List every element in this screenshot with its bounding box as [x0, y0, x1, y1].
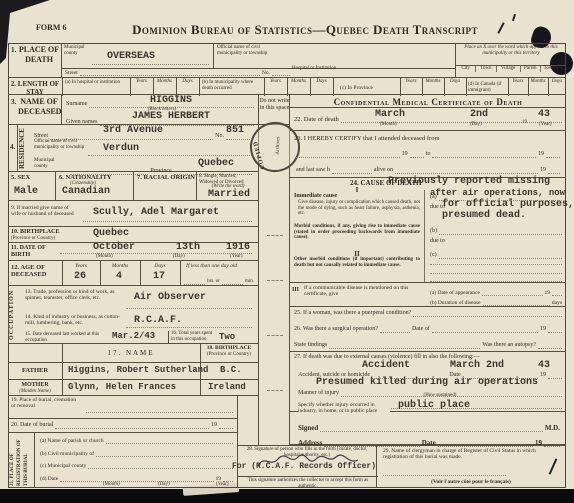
- field-label: No.: [262, 70, 270, 76]
- burial-date-row: 20. Date of burial 19: [8, 418, 237, 432]
- row-header-mother: MOTHER: [8, 382, 62, 389]
- divider: [383, 474, 506, 476]
- field-label: Municipal county: [34, 158, 68, 169]
- field-label: Hospital or Institution: [292, 66, 336, 71]
- page-title: Dominion Bureau of Statistics—Quebec Dea…: [70, 22, 540, 38]
- stamp-text: Archives: [276, 137, 282, 155]
- field-label: hrs. or: [207, 279, 220, 285]
- field-label: Official name of civil municipality or t…: [34, 139, 86, 150]
- age-row: 12. AGE OF DECEASED Years 26 Months 4 Da…: [8, 261, 258, 286]
- divider: [332, 172, 372, 174]
- field-label: Other morbid conditions (if important) c…: [294, 257, 420, 268]
- divider: [60, 480, 213, 482]
- typed-birth-month: October: [93, 242, 135, 253]
- divider: [482, 294, 543, 296]
- divider: [380, 331, 410, 333]
- field-label: Months: [153, 79, 176, 85]
- field-label: 19: [402, 151, 408, 158]
- field-label: (Month): [103, 482, 120, 488]
- typed-spouse-name: Scully, Adel Margaret: [93, 207, 219, 218]
- spouse-row: 9. If married give name of wife or husba…: [8, 201, 258, 227]
- burial-place-row: 19. Place of burial, cremation or remova…: [8, 395, 237, 418]
- field-label: 11. DATE OF BIRTH: [11, 245, 59, 258]
- divider: [430, 272, 562, 274]
- divider: [55, 172, 56, 201]
- field-label: (How sustained): [400, 393, 480, 399]
- field-label: NAME OF DECEASED: [18, 97, 60, 116]
- date-of-birth-row: 11. DATE OF BIRTH October 13th 1916 (Mon…: [8, 243, 258, 261]
- field-label: (a): [430, 194, 437, 201]
- field-label: Manner of injury: [298, 390, 339, 397]
- divider: [60, 252, 252, 254]
- typed-death-month: March: [375, 109, 405, 120]
- date-of-death-row: 22. Date of death March 2nd 43 (Month) (…: [290, 108, 566, 131]
- hospital-institution-label: Hospital or Institution: [292, 66, 342, 72]
- divider: [432, 331, 538, 333]
- divider: [222, 283, 243, 285]
- field-label: Give disease, injury or complication whi…: [298, 200, 420, 217]
- divider: [466, 78, 467, 96]
- divider: [413, 315, 562, 317]
- divider: [548, 331, 562, 333]
- divider: [290, 282, 566, 283]
- divider: [199, 78, 200, 96]
- municipal-county-cell: Municipal county OVERSEAS: [62, 43, 213, 68]
- typed-birth-year: 1916: [226, 242, 250, 253]
- typed-province: Quebec: [198, 158, 234, 169]
- divider: [88, 467, 233, 469]
- typed-cause-4: presumed dead.: [442, 210, 526, 221]
- divider: [184, 283, 205, 285]
- parents-table: 17. NAME 18. BIRTHPLACE (Province or Cou…: [8, 343, 258, 395]
- divider: [55, 427, 209, 429]
- typed-street-no: 851: [226, 125, 244, 136]
- field-label: 19: [545, 290, 551, 296]
- typed-industry: R.C.A.F.: [134, 315, 182, 326]
- field-label: (Year): [230, 254, 243, 260]
- field-label: Days: [444, 79, 466, 85]
- field-label: (a) Date of appearance: [430, 290, 480, 296]
- divider: [320, 430, 543, 432]
- field-label: (c) Municipal county: [40, 463, 86, 469]
- burial-registration-block: 21. PLACE OF REGISTRATION OF THIS BURIAL…: [8, 432, 237, 488]
- field-label: (Day): [470, 122, 482, 128]
- typed-death-year: 43: [538, 109, 550, 120]
- field-label: 22. Date of death: [294, 116, 339, 123]
- signature-note: This signature authorizes the collector …: [242, 478, 374, 489]
- typed-mother-name: Glynn, Helen Frances: [68, 382, 176, 392]
- clergyman-box: 29. Name of clergyman in charge of Regis…: [377, 445, 566, 488]
- field-label: to: [426, 151, 431, 158]
- field-no: 3.: [11, 98, 16, 106]
- occupation-side-label: OCCUPATION: [8, 286, 22, 343]
- row-header-father: FATHER: [8, 367, 62, 374]
- field-label: 13. Trade, profession or kind of work, a…: [25, 289, 125, 301]
- typed-age-months: 4: [116, 271, 122, 282]
- divider: [96, 455, 233, 457]
- divider: [439, 199, 562, 201]
- death-transcript-scan: FORM 6 Dominion Bureau of Statistics—Que…: [0, 0, 574, 503]
- occupation-13: 13. Trade, profession or kind of work, a…: [22, 286, 258, 313]
- occupation-14: 14. Kind of industry or business, as cot…: [22, 313, 258, 331]
- typed-municipality: Verdun: [103, 143, 139, 154]
- divider: [62, 78, 63, 96]
- form-number: FORM 6: [36, 23, 66, 33]
- official-name-cell: Official name of civil municipality or t…: [213, 43, 455, 68]
- field-label: alive on: [374, 167, 393, 174]
- divider: [410, 156, 424, 158]
- field-label: 10. BIRTHPLACE: [11, 229, 59, 236]
- divider: [552, 294, 562, 296]
- divider: [329, 347, 480, 349]
- divider: [83, 220, 252, 222]
- street-row: Street No.: [62, 68, 292, 77]
- typed-father-birthplace: B.C.: [220, 365, 242, 375]
- field-label: (Month): [96, 254, 113, 260]
- field-label: RESIDENCE: [17, 125, 30, 172]
- field-label: 16. Total years spent in this occupation: [171, 331, 215, 342]
- word-option: Parish: [520, 66, 540, 72]
- field-label: If less than one day old: [186, 263, 258, 269]
- field-label: (Day): [173, 254, 185, 260]
- field-label: PLACE OF DEATH: [18, 45, 60, 64]
- divider: [126, 307, 252, 309]
- divider: [86, 411, 233, 413]
- field-label: Years: [508, 79, 528, 85]
- typed-records-officer: For (R.C.A.F. Records Officer): [232, 462, 376, 471]
- divider: [548, 377, 562, 379]
- field-label: M.D.: [545, 424, 560, 432]
- typed-street: 3rd Avenue: [103, 125, 163, 136]
- field-label: 15. Date deceased last worked at this oc…: [25, 332, 107, 343]
- field-label: Morbid conditions, if any, giving rise t…: [294, 224, 420, 241]
- pen-mark-top2: [512, 14, 516, 21]
- field-label: (a) Name of parish or church: [40, 438, 104, 444]
- typed-occupation: Air Observer: [134, 292, 206, 303]
- field-label: 19: [522, 120, 527, 126]
- divider: [226, 138, 252, 140]
- divider: [424, 190, 425, 282]
- certify-row: 23. I HEREBY CERTIFY that I attended dec…: [290, 131, 566, 178]
- column-header: 17. NAME: [62, 349, 200, 357]
- field-label: 19: [540, 372, 546, 379]
- divider: [538, 347, 562, 349]
- divider: [8, 379, 258, 380]
- divider: [196, 172, 197, 201]
- do-not-write-label: Do not write in this space: [259, 95, 290, 125]
- typed-accident: Accident: [362, 360, 410, 371]
- field-label: 19: [540, 167, 546, 174]
- field-place-of-death: 1. PLACE OF DEATH: [8, 43, 62, 77]
- field-label: Signed: [298, 424, 318, 432]
- divider: [430, 263, 562, 265]
- field-label: (Year): [216, 482, 229, 488]
- typed-age-years: 26: [74, 271, 86, 282]
- divider: [92, 63, 209, 65]
- typed-injury-place: public place: [398, 400, 470, 411]
- divider: [395, 172, 538, 174]
- place-x-cell: Place an X over the word which applies t…: [455, 43, 566, 77]
- field-label: Years: [62, 263, 100, 269]
- word-option: City: [456, 66, 475, 72]
- place-x-note: Place an X over the word which applies t…: [458, 45, 564, 56]
- sex-nationality-row: 5. SEX Male 6. NATIONALITY (Citizenship)…: [8, 172, 258, 201]
- column-header: (Province or Country): [200, 352, 258, 358]
- field-label: Years: [400, 79, 422, 85]
- word-option: Township: [540, 66, 566, 72]
- field-label: Street: [65, 70, 78, 76]
- typed-manner-of-injury: Presumed killed during air operations: [316, 377, 538, 388]
- field-label: (c): [430, 252, 437, 259]
- field-label: Was there an autopsy?: [482, 342, 536, 349]
- word-option: Town: [475, 66, 495, 72]
- field-label: Months: [528, 79, 548, 85]
- field-label: Official name of civil municipality or t…: [217, 45, 271, 56]
- field-label: (d) In Canada (if immigrant): [468, 82, 508, 93]
- typed-marital-status: Married: [208, 189, 250, 200]
- field-label: 20. Date of burial: [11, 422, 53, 429]
- side-label: THIS BURIAL: [24, 434, 30, 486]
- divider: [548, 172, 560, 174]
- divider: [219, 427, 233, 429]
- length-of-stay-row: 2. LENGTH OF STAY (a) In hospital or ins…: [8, 77, 566, 95]
- field-label: 2. LENGTH OF STAY: [8, 80, 62, 96]
- field-label: Municipal county: [64, 45, 90, 56]
- typed-accident-year: 43: [538, 360, 550, 371]
- typed-last-worked: Mar.2/43: [112, 331, 155, 341]
- divider: [341, 121, 562, 123]
- divider: [238, 476, 378, 477]
- divider: [439, 233, 562, 235]
- field-label: 9. If married give name of wife or husba…: [11, 205, 79, 217]
- divider: [272, 74, 290, 76]
- typed-birthplace: Quebec: [93, 228, 129, 239]
- column-header: 18. BIRTHPLACE: [200, 345, 258, 351]
- divider: [133, 172, 134, 201]
- typed-surname: HIGGINS: [150, 95, 192, 106]
- field-label: 12. AGE OF DECEASED: [11, 264, 57, 279]
- field-label: III: [292, 287, 299, 294]
- divider: [106, 442, 233, 444]
- typed-father-name: Higgins, Robert Sutherland: [68, 365, 208, 375]
- field-label: due to: [430, 204, 445, 211]
- typed-sex: Male: [14, 186, 38, 197]
- specify-signed-address: Specify whether injury occurred in indus…: [290, 412, 566, 445]
- typed-years-occupation: Two: [219, 332, 235, 342]
- field-label: (Month): [380, 122, 397, 128]
- field-label: 19: [540, 326, 546, 333]
- field-label: Months: [422, 79, 444, 85]
- field-label: Days: [176, 79, 199, 85]
- typed-age-days: 17: [153, 271, 165, 282]
- divider: [8, 362, 258, 363]
- typed-birth-day: 13th: [176, 242, 200, 253]
- field-label: 14. Kind of industry or business, as cot…: [25, 314, 125, 326]
- side-label: 21. PLACE OF: [10, 434, 16, 486]
- field-label: 5. SEX: [11, 174, 30, 181]
- field-label: min.: [245, 279, 254, 285]
- signature-box: 28. Signature of person who fills in the…: [237, 445, 377, 488]
- divider: [180, 261, 181, 286]
- field-label: 25. If a woman, was there a puerperal co…: [294, 310, 411, 317]
- typed-nationality: Canadian: [62, 186, 110, 197]
- field-no: 4.: [10, 143, 15, 151]
- field-label: (a) In hospital or institution: [65, 80, 123, 86]
- french-note: (Voir l'autre côté pour le français): [383, 479, 559, 485]
- field-label: Days: [310, 79, 333, 85]
- field-label: 19. Place of burial, cremation or remova…: [11, 397, 81, 409]
- field-label: Years: [264, 79, 287, 85]
- field-label: (Province or Country): [11, 236, 55, 242]
- field-label: Months: [287, 79, 310, 85]
- typed-mother-birthplace: Ireland: [208, 382, 246, 392]
- field-label: 29. Name of clergyman in charge of Regis…: [383, 448, 559, 460]
- field-label: (b) In municipality where death occurred: [202, 80, 262, 91]
- field-label: Years: [130, 79, 153, 85]
- field-label: Months: [100, 263, 140, 269]
- divider: [88, 154, 252, 156]
- field-residence: 4. RESIDENCE Street No. 3rd Avenue 851 O…: [8, 125, 258, 172]
- field-label: 19: [211, 422, 217, 429]
- field-label: Days: [548, 79, 566, 85]
- field-label: 23. I HEREBY CERTIFY that I attended dec…: [294, 135, 440, 142]
- row-header-mother-sub: (Maiden Name): [8, 389, 62, 395]
- field-label: (b) Civil municipality of: [40, 451, 94, 457]
- field-label: No.: [215, 133, 224, 140]
- occupation-16: 16. Total years spent in this occupation…: [168, 331, 258, 343]
- field-label: If a communicable disease is mentioned o…: [304, 285, 420, 297]
- divider: [333, 78, 334, 96]
- field-label: (Year): [539, 122, 552, 128]
- typed-given-names: JAMES HERBERT: [132, 111, 210, 122]
- field-label: (d) Date: [40, 476, 58, 482]
- field-label: State findings: [294, 342, 327, 349]
- side-label: REGISTRATION OF: [17, 434, 23, 486]
- field-name-of-deceased: 3. NAME OF DECEASED: [8, 95, 62, 125]
- field-label: (Day): [158, 482, 170, 488]
- field-label: 19: [538, 151, 544, 158]
- typed-accident-date: March 2nd: [450, 360, 504, 371]
- typed-death-day: 2nd: [470, 109, 488, 120]
- divider: [34, 432, 35, 488]
- medical-certificate-header: Confidential Medical Certificate of Deat…: [290, 95, 566, 108]
- cause-of-death-block: 24. CAUSE OF DEATH Previously reported m…: [290, 178, 566, 306]
- divider: [546, 156, 560, 158]
- field-label: and last saw h: [296, 167, 330, 174]
- divider: [80, 74, 260, 76]
- field-label: due to: [430, 238, 445, 245]
- occupation-15: 15. Date deceased last worked at this oc…: [22, 331, 168, 343]
- divider: [126, 326, 252, 328]
- field-label: Immediate cause: [294, 193, 337, 200]
- word-option: Village: [496, 66, 520, 72]
- name-cell: Surname HIGGINS (Block letters) Given na…: [62, 95, 258, 125]
- operation-row: 26. Was there a surgical operation? Date…: [290, 320, 566, 352]
- divider: [439, 257, 562, 259]
- field-no: 1.: [11, 46, 16, 54]
- divider: [296, 156, 400, 158]
- puerperal-row: 25. If a woman, was there a puerperal co…: [290, 306, 566, 320]
- divider: [432, 156, 536, 158]
- bottom-scan-band: [0, 489, 574, 503]
- field-label: (c) In Province: [340, 85, 400, 91]
- typed-place-of-death: OVERSEAS: [107, 51, 155, 62]
- field-label: Date of: [412, 326, 430, 333]
- field-label: Surname: [66, 101, 87, 108]
- birthplace-row: 10. BIRTHPLACE (Province or Country) Que…: [8, 227, 258, 243]
- field-label: 26. Was there a surgical operation?: [294, 326, 378, 333]
- field-label: (b): [430, 228, 437, 235]
- field-label: Specify whether injury occurred in indus…: [298, 402, 390, 414]
- field-label: Days: [140, 263, 180, 269]
- field-label: 7. RACIAL ORIGIN: [137, 174, 195, 181]
